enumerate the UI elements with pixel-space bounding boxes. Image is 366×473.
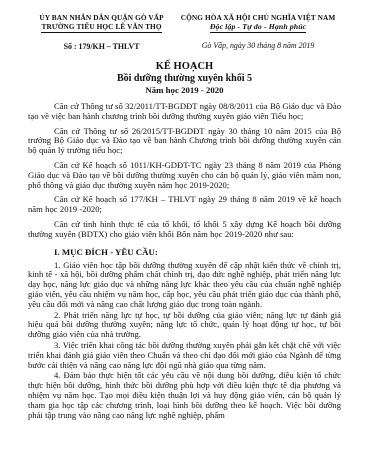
preamble-paragraph: Căn cứ Thông tư số 32/2011/TT-BGDĐT ngày…: [28, 102, 341, 122]
document-title: KẾ HOẠCH: [28, 61, 341, 73]
document-header: ỦY BAN NHÂN DÂN QUẬN GÒ VẤP TRƯỜNG TIỂU …: [28, 13, 341, 51]
document-title-block: KẾ HOẠCH Bồi dưỡng thường xuyên khối 5 N…: [28, 61, 341, 96]
document-subtitle: Bồi dưỡng thường xuyên khối 5: [28, 73, 341, 85]
section-heading: I. MỤC ĐÍCH - YÊU CẦU:: [28, 247, 341, 257]
section-item: 1. Giáo viên học tập bồi dưỡng thường xu…: [28, 261, 341, 310]
issuer-name: ỦY BAN NHÂN DÂN QUẬN GÒ VẤP: [28, 13, 175, 22]
document-number: Số : 179/KH – THLVT: [28, 42, 175, 51]
preamble-paragraph: Căn cứ Thông tư số 26/2015/TT-BGDĐT ngày…: [28, 127, 341, 156]
section-item: 4. Đảm bảo thực hiện tốt các yêu cầu về …: [28, 371, 341, 420]
school-year: Năm học 2019 - 2020: [28, 85, 341, 96]
national-motto-line: Độc lập - Tự do - Hạnh phúc: [175, 22, 341, 33]
place-date: Gò Vấp, ngày 30 tháng 8 năm 2019: [175, 41, 341, 50]
school-name: TRƯỜNG TIỂU HỌC LÊ VĂN THỌ: [41, 22, 161, 33]
national-header-block: CỘNG HÒA XÃ HỘI CHỦ NGHĨA VIỆT NAM Độc l…: [175, 13, 341, 51]
document-page: ỦY BAN NHÂN DÂN QUẬN GÒ VẤP TRƯỜNG TIỂU …: [0, 0, 366, 473]
school-name-line: TRƯỜNG TIỂU HỌC LÊ VĂN THỌ: [28, 22, 175, 33]
issuer-block: ỦY BAN NHÂN DÂN QUẬN GÒ VẤP TRƯỜNG TIỂU …: [28, 13, 175, 51]
section-item: 2. Phát triển năng lực tự học, tự bồi dư…: [28, 311, 341, 340]
preamble-paragraph: Căn cứ tình hình thực tế của tổ khối, tổ…: [28, 220, 341, 240]
preamble-paragraph: Căn cứ Kế hoạch số 177/KH – THLVT ngày 2…: [28, 195, 341, 215]
national-title: CỘNG HÒA XÃ HỘI CHỦ NGHĨA VIỆT NAM: [175, 13, 341, 22]
preamble-paragraph: Căn cứ Kế hoạch số 1011/KH-GDĐT-TC ngày …: [28, 161, 341, 190]
national-motto: Độc lập - Tự do - Hạnh phúc: [210, 22, 306, 33]
section-item: 3. Việc triển khai công tác bồi dưỡng th…: [28, 341, 341, 370]
document-body: Căn cứ Thông tư số 32/2011/TT-BGDĐT ngày…: [28, 102, 341, 420]
